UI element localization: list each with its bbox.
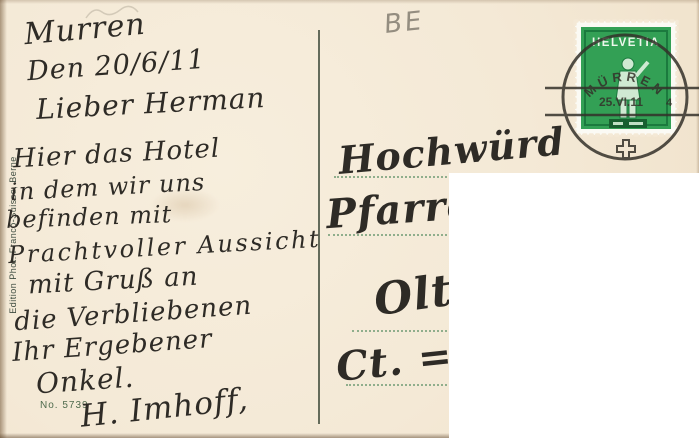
- address-dotted-rule: [346, 384, 451, 386]
- address-line: Ct. =: [334, 332, 455, 391]
- postmark-time: 4: [666, 97, 673, 109]
- message-line: mit Gruß an: [27, 262, 199, 301]
- postcard-scan: BE Edition Phot. Franco-Suisse, Berne No…: [0, 0, 699, 438]
- address-line: Olt: [371, 265, 456, 326]
- helvetia-stamp: HELVETIA: [575, 21, 677, 135]
- message-line: Lieber Herman: [35, 81, 266, 126]
- address-dotted-rule: [352, 330, 451, 332]
- card-edge-shadow-bottom: [0, 433, 452, 438]
- address-dotted-rule: [328, 234, 451, 236]
- scan-background-cutoff: [449, 173, 699, 438]
- message-line: Murren: [23, 7, 147, 52]
- pencil-note: BE: [384, 6, 425, 40]
- stamp-and-postmark: HELVETIA MÜRREN 25.VI.11 4: [545, 2, 699, 170]
- postmark-cross-icon: [617, 140, 635, 158]
- message-line: Den 20/6/11: [26, 44, 206, 87]
- message-line: befinden mit: [6, 200, 173, 234]
- address-dotted-rule: [334, 176, 451, 178]
- postmark-date: 25.VI.11: [599, 95, 643, 109]
